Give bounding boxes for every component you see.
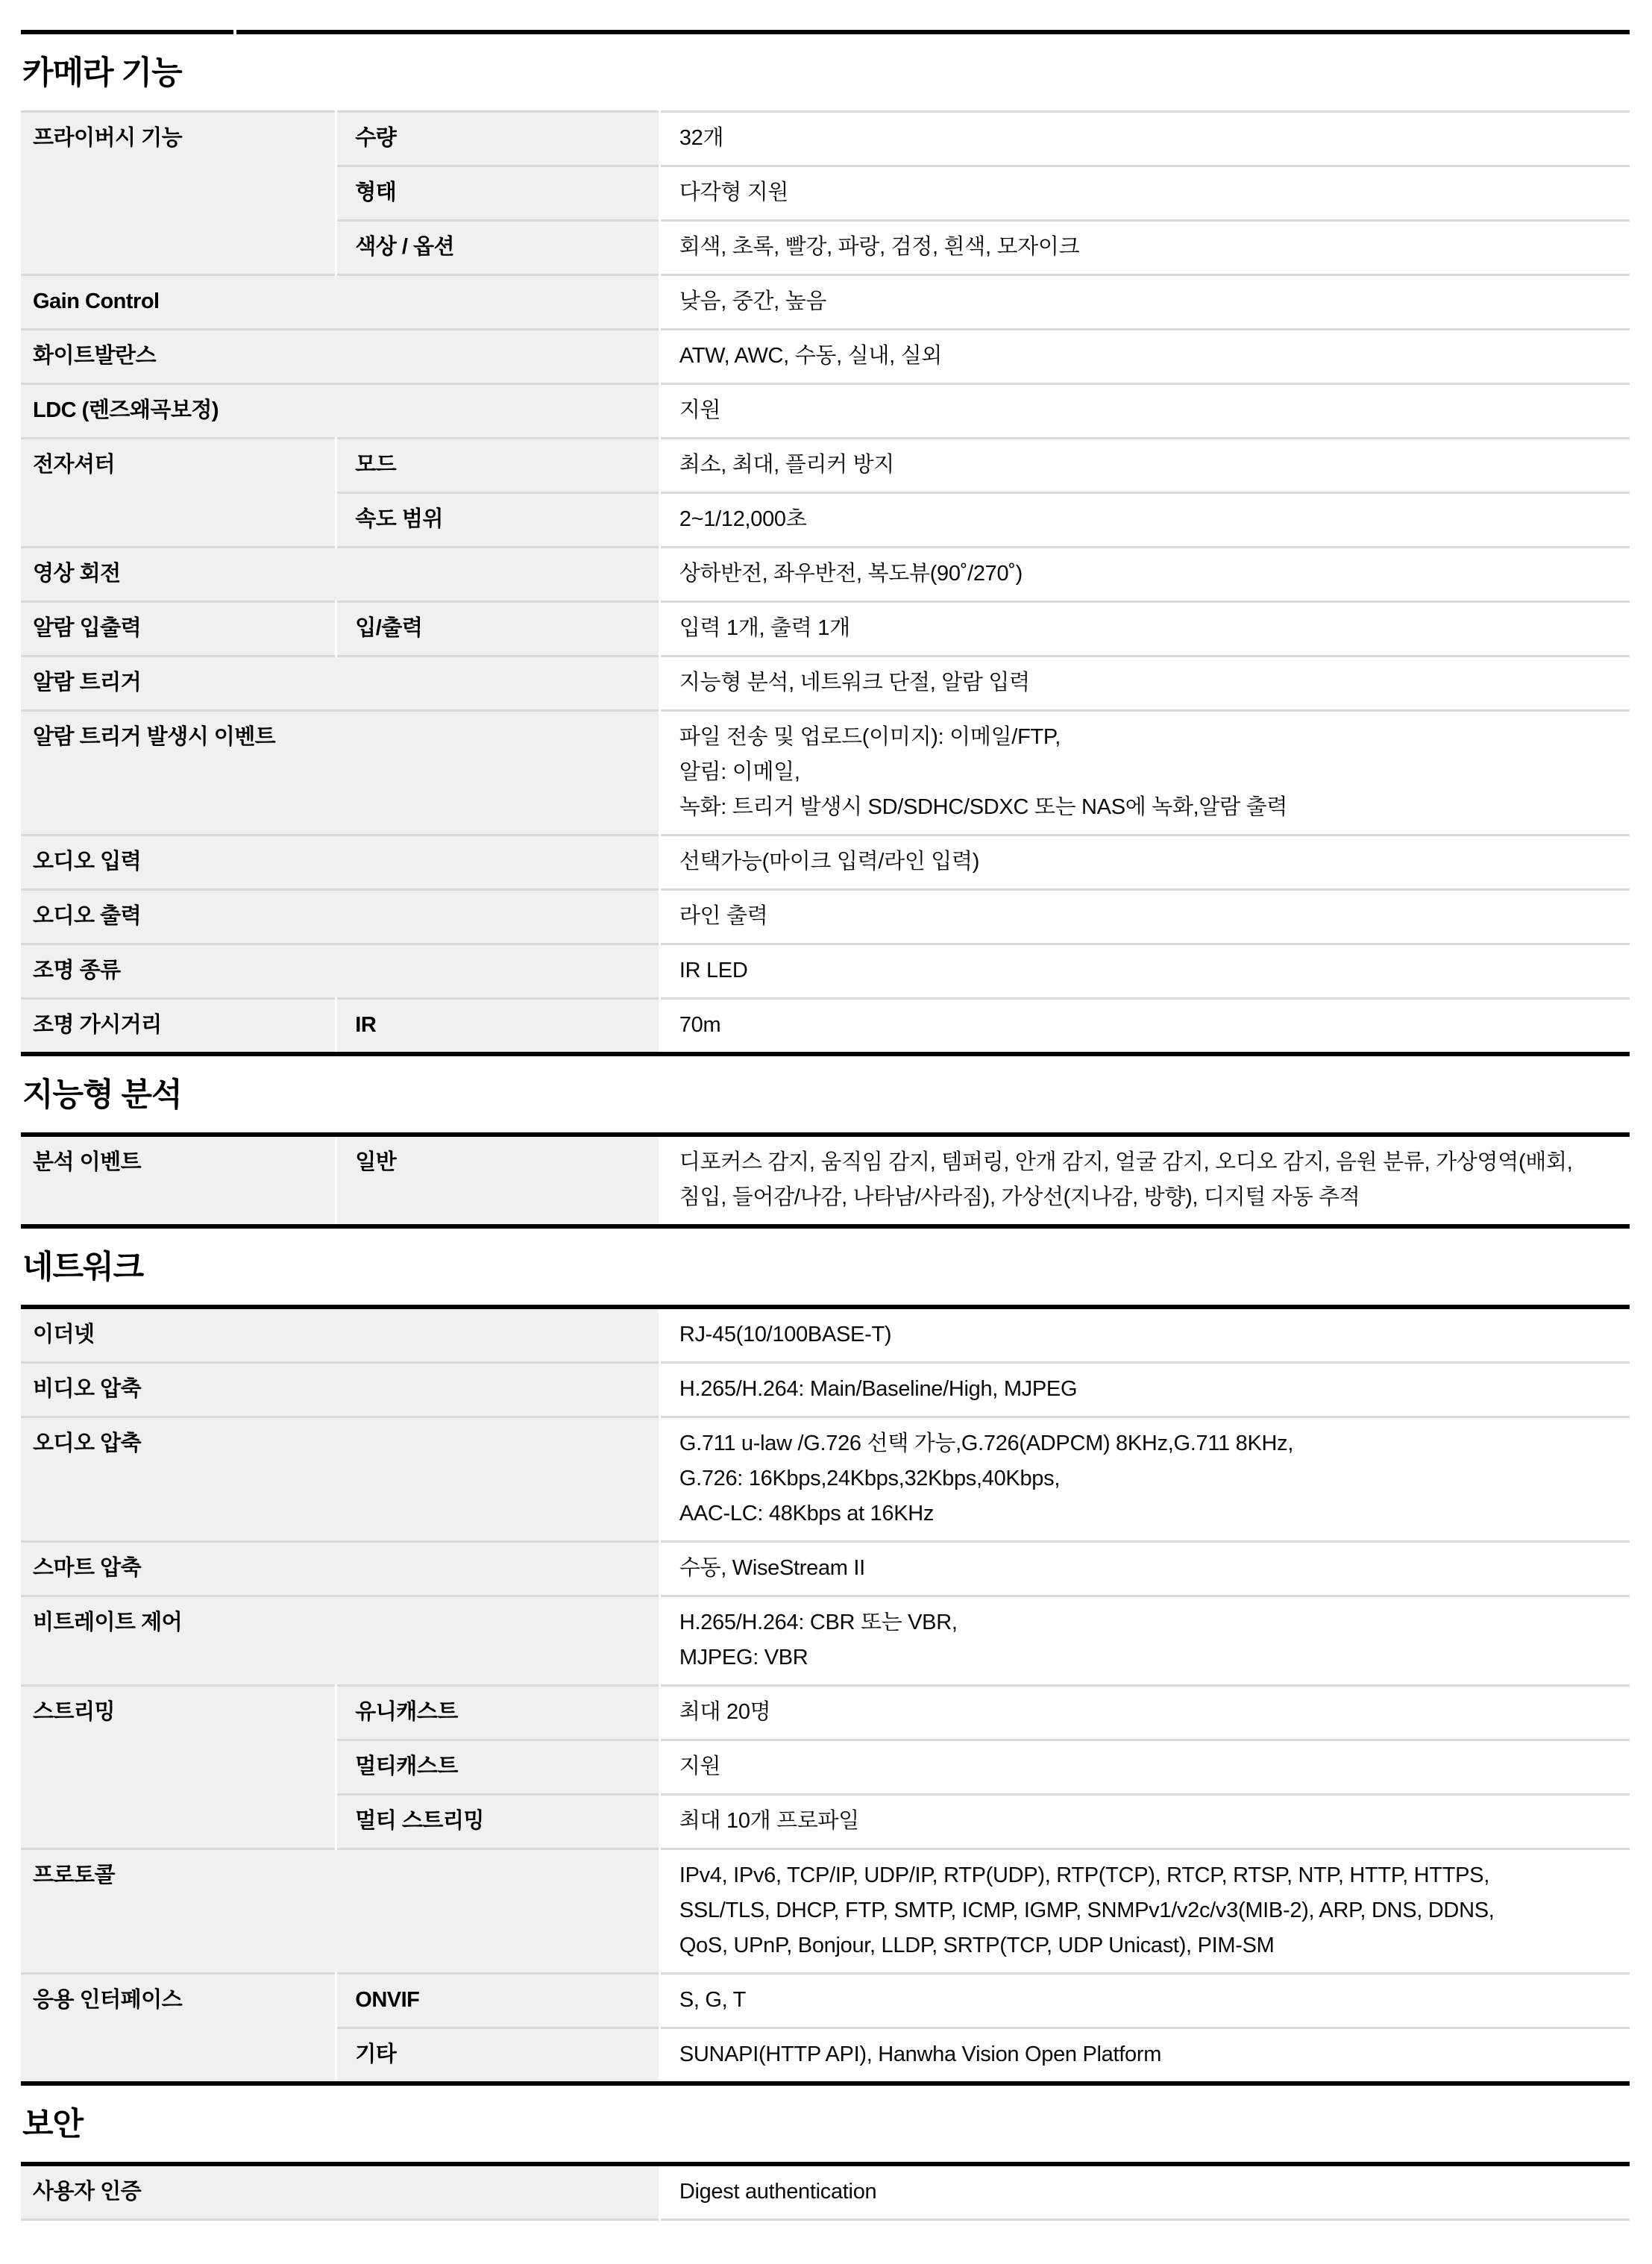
spec-table: 사용자 인증Digest authentication bbox=[21, 2162, 1630, 2221]
table-row: 사용자 인증Digest authentication bbox=[21, 2164, 1630, 2220]
section-title: 네트워크 bbox=[22, 1248, 1630, 1287]
row-sublabel: 색상 / 옵션 bbox=[336, 221, 660, 275]
row-value: 수동, WiseStream II bbox=[659, 1542, 1630, 1596]
row-sublabel: 기타 bbox=[336, 2028, 660, 2084]
row-label: 분석 이벤트 bbox=[21, 1135, 336, 1226]
table-row: LDC (렌즈왜곡보정)지원 bbox=[21, 384, 1630, 439]
spec-table: 분석 이벤트일반디포커스 감지, 움직임 감지, 템퍼링, 안개 감지, 얼굴 … bbox=[21, 1132, 1630, 1229]
row-value: 회색, 초록, 빨강, 파랑, 검정, 흰색, 모자이크 bbox=[659, 221, 1630, 275]
row-label: 오디오 출력 bbox=[21, 890, 659, 944]
table-row: Gain Control낮음, 중간, 높음 bbox=[21, 275, 1630, 330]
table-row: 알람 트리거지능형 분석, 네트워크 단절, 알람 입력 bbox=[21, 656, 1630, 711]
table-row: 프라이버시 기능수량32개 bbox=[21, 112, 1630, 166]
table-row: 조명 종류IR LED bbox=[21, 944, 1630, 999]
row-sublabel: 형태 bbox=[336, 166, 660, 221]
row-label: 오디오 압축 bbox=[21, 1417, 659, 1542]
row-label: 전자셔터 bbox=[21, 439, 336, 548]
row-label: 알람 트리거 발생시 이벤트 bbox=[21, 711, 659, 835]
row-value: 지능형 분석, 네트워크 단절, 알람 입력 bbox=[659, 656, 1630, 711]
row-label: 영상 회전 bbox=[21, 548, 659, 602]
row-value: 32개 bbox=[659, 112, 1630, 166]
row-sublabel: 멀티캐스트 bbox=[336, 1740, 660, 1795]
row-value: RJ-45(10/100BASE-T) bbox=[659, 1307, 1630, 1363]
row-label: 조명 종류 bbox=[21, 944, 659, 999]
row-value: 최대 20명 bbox=[659, 1686, 1630, 1740]
row-sublabel: 일반 bbox=[336, 1135, 660, 1226]
table-row: 영상 회전상하반전, 좌우반전, 복도뷰(90˚/270˚) bbox=[21, 548, 1630, 602]
rule-gap bbox=[233, 30, 236, 34]
row-label: 응용 인터페이스 bbox=[21, 1974, 336, 2084]
row-value: H.265/H.264: Main/Baseline/High, MJPEG bbox=[659, 1363, 1630, 1417]
row-label: 알람 입출력 bbox=[21, 602, 336, 656]
row-sublabel: 멀티 스트리밍 bbox=[336, 1795, 660, 1849]
table-row: 프로토콜IPv4, IPv6, TCP/IP, UDP/IP, RTP(UDP)… bbox=[21, 1849, 1630, 1974]
row-label: 조명 가시거리 bbox=[21, 999, 336, 1055]
row-value: 낮음, 중간, 높음 bbox=[659, 275, 1630, 330]
table-row: 분석 이벤트일반디포커스 감지, 움직임 감지, 템퍼링, 안개 감지, 얼굴 … bbox=[21, 1135, 1630, 1226]
row-sublabel: 속도 범위 bbox=[336, 493, 660, 548]
row-value: IR LED bbox=[659, 944, 1630, 999]
row-sublabel: 입/출력 bbox=[336, 602, 660, 656]
row-sublabel: 수량 bbox=[336, 112, 660, 166]
sections-root: 카메라 기능프라이버시 기능수량32개형태다각형 지원색상 / 옵션회색, 초록… bbox=[21, 54, 1630, 2221]
row-label: 사용자 인증 bbox=[21, 2164, 659, 2220]
table-row: 오디오 출력라인 출력 bbox=[21, 890, 1630, 944]
row-value: 최대 10개 프로파일 bbox=[659, 1795, 1630, 1849]
table-row: 오디오 입력선택가능(마이크 입력/라인 입력) bbox=[21, 835, 1630, 890]
table-row: 스마트 압축수동, WiseStream II bbox=[21, 1542, 1630, 1596]
row-value: 디포커스 감지, 움직임 감지, 템퍼링, 안개 감지, 얼굴 감지, 오디오 … bbox=[659, 1135, 1630, 1226]
section-title: 보안 bbox=[22, 2105, 1630, 2144]
table-row: 전자셔터모드최소, 최대, 플리커 방지 bbox=[21, 439, 1630, 493]
row-label: 비트레이트 제어 bbox=[21, 1596, 659, 1686]
row-label: 스트리밍 bbox=[21, 1686, 336, 1849]
spec-sheet: 카메라 기능프라이버시 기능수량32개형태다각형 지원색상 / 옵션회색, 초록… bbox=[0, 0, 1652, 2251]
spec-table: 이더넷RJ-45(10/100BASE-T)비디오 압축H.265/H.264:… bbox=[21, 1305, 1630, 2086]
row-label: 알람 트리거 bbox=[21, 656, 659, 711]
spec-sheet-page: { "colors": { "label_cell_bg": "#f0f0f0"… bbox=[0, 0, 1652, 2264]
row-value: 입력 1개, 출력 1개 bbox=[659, 602, 1630, 656]
row-sublabel: 모드 bbox=[336, 439, 660, 493]
top-divider-rule bbox=[21, 30, 1630, 34]
row-value: Digest authentication bbox=[659, 2164, 1630, 2220]
table-row: 오디오 압축G.711 u-law /G.726 선택 가능,G.726(ADP… bbox=[21, 1417, 1630, 1542]
row-value: 상하반전, 좌우반전, 복도뷰(90˚/270˚) bbox=[659, 548, 1630, 602]
row-sublabel: ONVIF bbox=[336, 1974, 660, 2028]
row-value: 파일 전송 및 업로드(이미지): 이메일/FTP, 알림: 이메일, 녹화: … bbox=[659, 711, 1630, 835]
row-value: 라인 출력 bbox=[659, 890, 1630, 944]
row-sublabel: 유니캐스트 bbox=[336, 1686, 660, 1740]
row-value: ATW, AWC, 수동, 실내, 실외 bbox=[659, 330, 1630, 384]
row-value: S, G, T bbox=[659, 1974, 1630, 2028]
row-value: 최소, 최대, 플리커 방지 bbox=[659, 439, 1630, 493]
table-row: 알람 입출력입/출력입력 1개, 출력 1개 bbox=[21, 602, 1630, 656]
row-value: SUNAPI(HTTP API), Hanwha Vision Open Pla… bbox=[659, 2028, 1630, 2084]
row-value: 지원 bbox=[659, 384, 1630, 439]
row-value: IPv4, IPv6, TCP/IP, UDP/IP, RTP(UDP), RT… bbox=[659, 1849, 1630, 1974]
row-label: 프로토콜 bbox=[21, 1849, 659, 1974]
row-value: 70m bbox=[659, 999, 1630, 1055]
row-sublabel: IR bbox=[336, 999, 660, 1055]
spec-table: 프라이버시 기능수량32개형태다각형 지원색상 / 옵션회색, 초록, 빨강, … bbox=[21, 110, 1630, 1056]
row-value: H.265/H.264: CBR 또는 VBR, MJPEG: VBR bbox=[659, 1596, 1630, 1686]
table-row: 알람 트리거 발생시 이벤트파일 전송 및 업로드(이미지): 이메일/FTP,… bbox=[21, 711, 1630, 835]
row-value: G.711 u-law /G.726 선택 가능,G.726(ADPCM) 8K… bbox=[659, 1417, 1630, 1542]
row-label: 화이트발란스 bbox=[21, 330, 659, 384]
section-title: 지능형 분석 bbox=[22, 1076, 1630, 1114]
row-value: 다각형 지원 bbox=[659, 166, 1630, 221]
table-row: 비트레이트 제어H.265/H.264: CBR 또는 VBR, MJPEG: … bbox=[21, 1596, 1630, 1686]
row-value: 지원 bbox=[659, 1740, 1630, 1795]
table-row: 비디오 압축H.265/H.264: Main/Baseline/High, M… bbox=[21, 1363, 1630, 1417]
row-label: 비디오 압축 bbox=[21, 1363, 659, 1417]
row-label: 스마트 압축 bbox=[21, 1542, 659, 1596]
row-label: 프라이버시 기능 bbox=[21, 112, 336, 275]
table-row: 조명 가시거리IR70m bbox=[21, 999, 1630, 1055]
row-value: 2~1/12,000초 bbox=[659, 493, 1630, 548]
table-row: 화이트발란스ATW, AWC, 수동, 실내, 실외 bbox=[21, 330, 1630, 384]
table-row: 이더넷RJ-45(10/100BASE-T) bbox=[21, 1307, 1630, 1363]
row-label: LDC (렌즈왜곡보정) bbox=[21, 384, 659, 439]
row-label: 이더넷 bbox=[21, 1307, 659, 1363]
row-label: 오디오 입력 bbox=[21, 835, 659, 890]
table-row: 응용 인터페이스ONVIFS, G, T bbox=[21, 1974, 1630, 2028]
section-title: 카메라 기능 bbox=[22, 54, 1630, 92]
row-value: 선택가능(마이크 입력/라인 입력) bbox=[659, 835, 1630, 890]
row-label: Gain Control bbox=[21, 275, 659, 330]
table-row: 스트리밍유니캐스트최대 20명 bbox=[21, 1686, 1630, 1740]
